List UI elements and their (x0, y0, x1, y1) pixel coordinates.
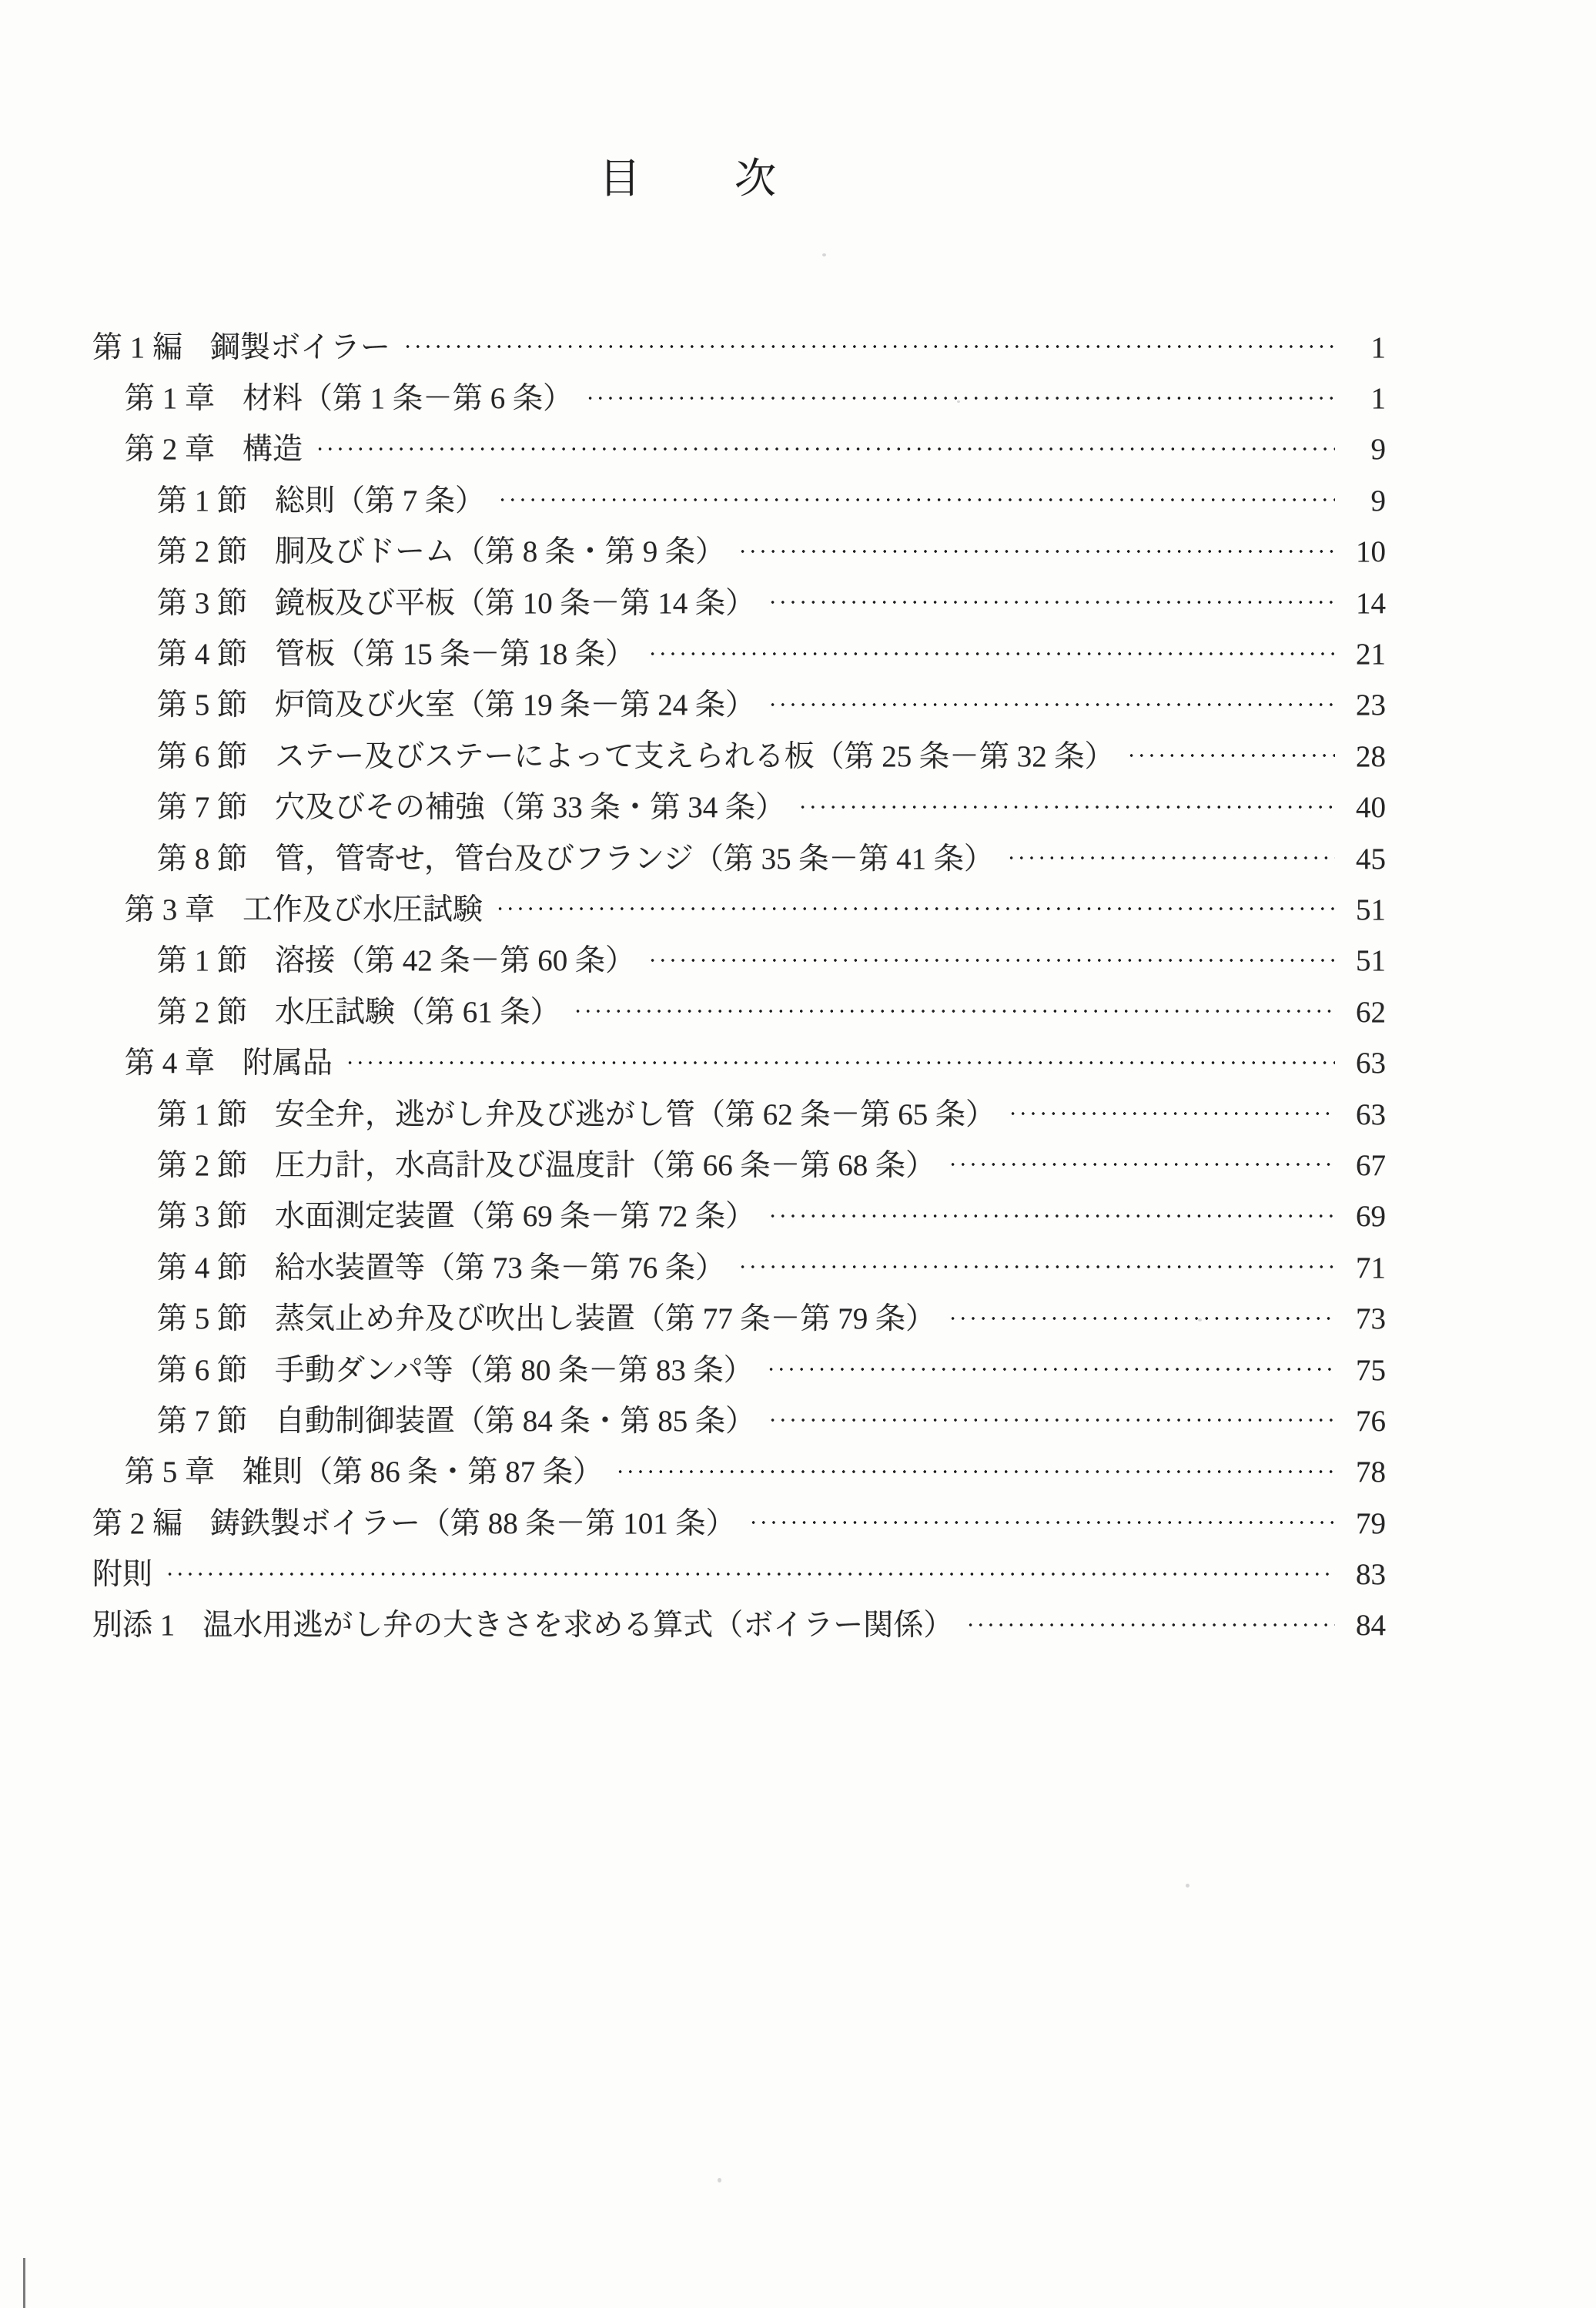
toc-entry-title: 胴及びドーム（第 8 条・第 9 条） (275, 537, 725, 567)
toc-entry: 別添 1温水用逃がし弁の大きさを求める算式（ボイラー関係）84 (92, 1600, 1386, 1651)
toc-entry-label: 第 3 節 (157, 588, 247, 618)
dot-leader (738, 1264, 1335, 1270)
scan-speck (1198, 1318, 1202, 1321)
toc-entry-page: 78 (1346, 1457, 1386, 1487)
toc-entry-label: 第 4 節 (157, 1253, 247, 1283)
toc-entry: 第 2 節胴及びドーム（第 8 条・第 9 条）10 (92, 527, 1386, 578)
toc-entry-label: 第 1 節 (157, 1100, 247, 1130)
toc-entry: 第 4 章附属品63 (92, 1037, 1386, 1088)
toc-entry-page: 63 (1346, 1100, 1386, 1130)
toc-entry-label: 附則 (92, 1559, 152, 1589)
toc-entry-page: 1 (1346, 333, 1386, 363)
toc-entry-title: 材料（第 1 条－第 6 条） (243, 384, 573, 414)
dot-leader (165, 1571, 1335, 1577)
toc-entry-title: 穴及びその補強（第 33 条・第 34 条） (275, 792, 785, 822)
toc-entry-title: 炉筒及び火室（第 19 条－第 24 条） (275, 690, 755, 720)
toc-entry: 第 8 節管，管寄せ，管台及びフランジ（第 35 条－第 41 条）45 (92, 833, 1386, 884)
toc-entry-page: 14 (1346, 588, 1386, 618)
toc-entry-label: 第 2 節 (157, 1151, 247, 1181)
toc-entry-label: 第 8 節 (157, 844, 247, 874)
toc-entry-label: 別添 1 (92, 1610, 175, 1640)
toc-entry: 第 2 章構造9 (92, 424, 1386, 475)
toc-entry-label: 第 7 節 (157, 1406, 247, 1436)
dot-leader (948, 1161, 1335, 1167)
toc-entry-label: 第 2 節 (157, 537, 247, 567)
toc-entry: 附則83 (92, 1549, 1386, 1600)
toc-entry-label: 第 7 節 (157, 792, 247, 822)
toc-entry: 第 6 節ステー及びステーによって支えられる板（第 25 条－第 32 条）28 (92, 731, 1386, 782)
toc-entry-label: 第 3 節 (157, 1201, 247, 1231)
dot-leader (573, 1008, 1335, 1014)
toc-entry-title: 安全弁，逃がし弁及び逃がし管（第 62 条－第 65 条） (275, 1100, 995, 1130)
toc-entry: 第 2 節圧力計，水高計及び温度計（第 66 条－第 68 条）67 (92, 1140, 1386, 1191)
toc-entry: 第 4 節給水装置等（第 73 条－第 76 条）71 (92, 1242, 1386, 1293)
toc-entry-label: 第 6 節 (157, 1355, 247, 1385)
toc-entry-label: 第 1 節 (157, 486, 247, 516)
toc-entry-title: 自動制御装置（第 84 条・第 85 条） (275, 1406, 755, 1436)
toc-entry-title: 温水用逃がし弁の大きさを求める算式（ボイラー関係） (202, 1610, 953, 1640)
toc-entry: 第 4 節管板（第 15 条－第 18 条）21 (92, 628, 1386, 679)
scan-speck (1186, 1884, 1189, 1888)
toc-entry: 第 1 編鋼製ボイラー1 (92, 322, 1386, 373)
toc-entry-page: 1 (1346, 384, 1386, 414)
toc-entry-page: 51 (1346, 895, 1386, 925)
toc-entry-label: 第 5 節 (157, 690, 247, 720)
toc-entry-label: 第 5 節 (157, 1304, 247, 1334)
toc-entry: 第 5 章雑則（第 86 条・第 87 条）78 (92, 1447, 1386, 1498)
toc-entry-title: 溶接（第 42 条－第 60 条） (275, 946, 635, 976)
toc-entry: 第 2 節水圧試験（第 61 条）62 (92, 987, 1386, 1037)
toc-entry: 第 6 節手動ダンパ等（第 80 条－第 83 条）75 (92, 1345, 1386, 1395)
toc-entry-page: 71 (1346, 1253, 1386, 1283)
dot-leader (768, 599, 1335, 605)
toc-entry-label: 第 5 章 (125, 1457, 215, 1487)
dot-leader (403, 343, 1335, 350)
toc-entry-page: 76 (1346, 1406, 1386, 1436)
toc-entry-title: 蒸気止め弁及び吹出し装置（第 77 条－第 79 条） (275, 1304, 935, 1334)
toc-entry-page: 67 (1346, 1151, 1386, 1181)
dot-leader (615, 1469, 1335, 1475)
dot-leader (647, 651, 1335, 657)
dot-leader (315, 446, 1335, 452)
toc-entry-title: 管，管寄せ，管台及びフランジ（第 35 条－第 41 条） (275, 844, 994, 874)
dot-leader (647, 957, 1335, 963)
dot-leader (585, 395, 1335, 401)
toc-entry-label: 第 2 節 (157, 997, 247, 1027)
toc-entry-label: 第 1 節 (157, 946, 247, 976)
dot-leader (1008, 1110, 1335, 1117)
dot-leader (497, 497, 1335, 503)
toc-entry-title: 鋼製ボイラー (210, 333, 390, 363)
toc-entry: 第 3 章工作及び水圧試験51 (92, 884, 1386, 935)
dot-leader (965, 1622, 1335, 1628)
table-of-contents: 第 1 編鋼製ボイラー1第 1 章材料（第 1 条－第 6 条）1第 2 章構造… (92, 322, 1386, 1651)
toc-entry-label: 第 2 章 (125, 434, 215, 464)
scan-speck (822, 253, 826, 256)
toc-entry-page: 45 (1346, 844, 1386, 874)
toc-entry-label: 第 4 節 (157, 639, 247, 669)
toc-entry: 第 1 節総則（第 7 条）9 (92, 475, 1386, 526)
toc-entry: 第 1 節溶接（第 42 条－第 60 条）51 (92, 936, 1386, 987)
toc-entry-page: 84 (1346, 1610, 1386, 1640)
toc-entry-label: 第 1 章 (125, 384, 215, 414)
toc-entry-page: 40 (1346, 792, 1386, 822)
dot-leader (768, 1417, 1335, 1423)
dot-leader (748, 1519, 1335, 1526)
scan-speck (957, 400, 960, 403)
dot-leader (1006, 855, 1335, 861)
toc-entry-page: 83 (1346, 1559, 1386, 1589)
toc-entry-title: 構造 (243, 434, 303, 464)
toc-entry-title: 附属品 (243, 1048, 333, 1078)
dot-leader (798, 804, 1335, 810)
toc-entry: 第 2 編鋳鉄製ボイラー（第 88 条－第 101 条）79 (92, 1498, 1386, 1549)
toc-entry-title: 水圧試験（第 61 条） (275, 997, 560, 1027)
toc-entry: 第 7 節自動制御装置（第 84 条・第 85 条）76 (92, 1395, 1386, 1446)
toc-entry-label: 第 6 節 (157, 742, 247, 772)
scanned-document-page: 目次 第 1 編鋼製ボイラー1第 1 章材料（第 1 条－第 6 条）1第 2 … (0, 0, 1596, 2308)
dot-leader (738, 548, 1335, 554)
toc-entry-title: 手動ダンパ等（第 80 条－第 83 条） (275, 1355, 754, 1385)
toc-entry-page: 62 (1346, 997, 1386, 1027)
toc-entry-page: 9 (1346, 434, 1386, 464)
toc-entry-page: 51 (1346, 946, 1386, 976)
toc-entry: 第 5 節炉筒及び火室（第 19 条－第 24 条）23 (92, 680, 1386, 731)
toc-entry-page: 79 (1346, 1509, 1386, 1539)
toc-entry-page: 21 (1346, 639, 1386, 669)
toc-entry-title: 圧力計，水高計及び温度計（第 66 条－第 68 条） (275, 1151, 935, 1181)
toc-entry-title: 鋳鉄製ボイラー（第 88 条－第 101 条） (210, 1509, 736, 1539)
toc-entry-label: 第 4 章 (125, 1048, 215, 1078)
scan-edge-artifact (23, 2258, 25, 2308)
toc-entry-page: 9 (1346, 486, 1386, 516)
toc-entry-page: 75 (1346, 1355, 1386, 1385)
toc-entry: 第 1 章材料（第 1 条－第 6 条）1 (92, 373, 1386, 424)
dot-leader (1126, 752, 1335, 759)
toc-entry-label: 第 1 編 (92, 333, 182, 363)
toc-entry-page: 69 (1346, 1201, 1386, 1231)
toc-entry: 第 1 節安全弁，逃がし弁及び逃がし管（第 62 条－第 65 条）63 (92, 1089, 1386, 1140)
toc-entry: 第 3 節鏡板及び平板（第 10 条－第 14 条）14 (92, 578, 1386, 628)
toc-entry-label: 第 3 章 (125, 895, 215, 925)
dot-leader (768, 1213, 1335, 1219)
dot-leader (345, 1060, 1335, 1066)
toc-entry-title: ステー及びステーによって支えられる板（第 25 条－第 32 条） (275, 742, 1114, 772)
dot-leader (766, 1366, 1335, 1372)
toc-entry-label: 第 2 編 (92, 1509, 182, 1539)
dot-leader (495, 906, 1335, 912)
scan-speck (718, 2178, 721, 2182)
toc-entry: 第 7 節穴及びその補強（第 33 条・第 34 条）40 (92, 782, 1386, 833)
page-title: 目次 (599, 156, 870, 202)
dot-leader (948, 1315, 1335, 1321)
toc-entry: 第 3 節水面測定装置（第 69 条－第 72 条）69 (92, 1191, 1386, 1242)
toc-entry-title: 給水装置等（第 73 条－第 76 条） (275, 1253, 725, 1283)
toc-entry-page: 10 (1346, 537, 1386, 567)
toc-entry-page: 28 (1346, 742, 1386, 772)
toc-entry: 第 5 節蒸気止め弁及び吹出し装置（第 77 条－第 79 条）73 (92, 1293, 1386, 1344)
toc-entry-title: 総則（第 7 条） (275, 486, 485, 516)
toc-entry-page: 73 (1346, 1304, 1386, 1334)
toc-entry-title: 雑則（第 86 条・第 87 条） (243, 1457, 603, 1487)
toc-entry-title: 工作及び水圧試験 (243, 895, 483, 925)
toc-entry-title: 鏡板及び平板（第 10 条－第 14 条） (275, 588, 755, 618)
toc-entry-page: 63 (1346, 1048, 1386, 1078)
toc-entry-title: 水面測定装置（第 69 条－第 72 条） (275, 1201, 755, 1231)
toc-entry-page: 23 (1346, 690, 1386, 720)
dot-leader (768, 702, 1335, 708)
toc-entry-title: 管板（第 15 条－第 18 条） (275, 639, 635, 669)
